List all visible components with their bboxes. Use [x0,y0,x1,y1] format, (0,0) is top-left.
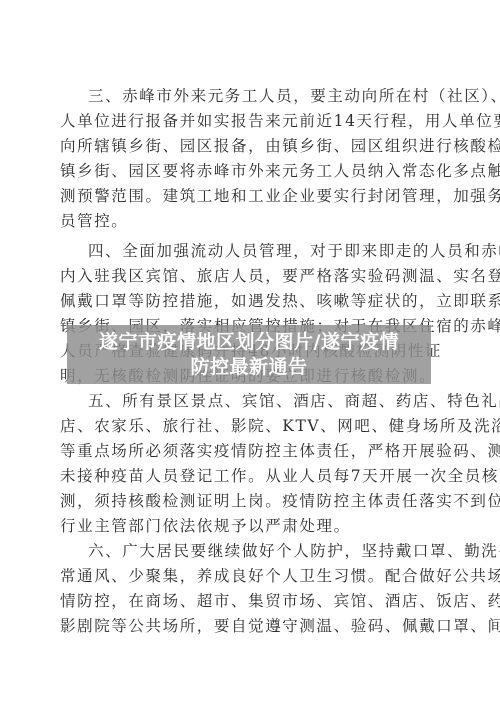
text-line: 四、全面加强流动人员管理，对于即来即走的人员和赤峰市 [60,239,436,264]
text-line: 镇乡街、园区要将赤峰市外来元务工人员纳入常态化多点触发监 [60,159,436,184]
text-line: 测预警范围。建筑工地和工业企业要实行封闭管理，加强务工人 [60,184,436,209]
text-line: 内入驻我区宾馆、旅店人员，要严格落实验码测温、实名登记、 [60,264,436,289]
text-line: 未接种疫苗人员登记工作。从业人员每7天开展一次全员核酸检 [60,464,436,489]
paragraph-section-6: 六、广大居民要继续做好个人防护，坚持戴口罩、勤洗手、 常通风、少聚集，养成良好个… [60,539,436,639]
banner-title-line-1: 遂宁市疫情地区划分图片/遂宁疫情 [99,330,399,355]
text-line: 情防控，在商场、超市、集贸市场、宾馆、酒店、饭店、药店、 [60,589,436,614]
text-line: 人单位进行报备并如实报告来元前近14天行程，用人单位要及时 [60,109,436,134]
text-line: 员管控。 [60,209,436,234]
text-line: 三、赤峰市外来元务工人员，要主动向所在村（社区）、用 [60,84,436,109]
text-line: 六、广大居民要继续做好个人防护，坚持戴口罩、勤洗手、 [60,539,436,564]
text-line: 影剧院等公共场所，要自觉遵守测温、验码、佩戴口罩、间隔距 [60,614,436,639]
text-line: 佩戴口罩等防控措施，如遇发热、咳嗽等症状的，立即联系所属 [60,289,436,314]
text-line: 五、所有景区景点、宾馆、酒店、商超、药店、特色礼品 [60,389,436,414]
title-overlay-banner: 遂宁市疫情地区划分图片/遂宁疫情 防控最新通告 [67,325,431,384]
text-line: 店、农家乐、旅行社、影院、KTV、网吧、健身场所及洗浴中心 [60,414,436,439]
text-line: 等重点场所必须落实疫情防控主体责任，严格开展验码、测温、 [60,439,436,464]
paragraph-section-5: 五、所有景区景点、宾馆、酒店、商超、药店、特色礼品 店、农家乐、旅行社、影院、K… [60,389,436,539]
paragraph-section-3: 三、赤峰市外来元务工人员，要主动向所在村（社区）、用 人单位进行报备并如实报告来… [60,84,436,234]
text-line: 常通风、少聚集，养成良好个人卫生习惯。配合做好公共场所疫 [60,564,436,589]
text-line: 行业主管部门依法依规予以严肃处理。 [60,514,436,539]
text-line: 向所辖镇乡街、园区报备，由镇乡街、园区组织进行核酸检测。 [60,134,436,159]
banner-title-line-2: 防控最新通告 [190,355,307,380]
text-line: 测，须持核酸检测证明上岗。疫情防控主体责任落实不到位的由 [60,489,436,514]
